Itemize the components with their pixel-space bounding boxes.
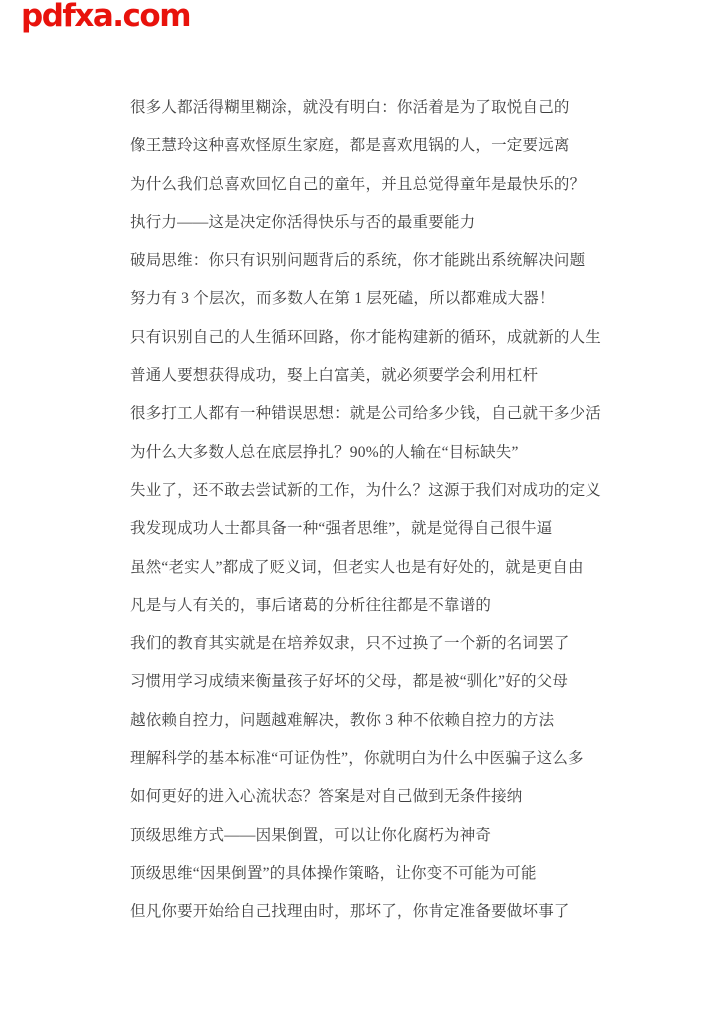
- text-block: 很多人都活得糊里糊涂，就没有明白：你活着是为了取悦自己的像王慧玲这种喜欢怪原生家…: [130, 89, 690, 932]
- text-line: 普通人要想获得成功，娶上白富美，就必须要学会利用杠杆: [130, 357, 690, 395]
- text-line: 凡是与人有关的，事后诸葛的分析往往都是不靠谱的: [130, 587, 690, 625]
- text-line: 虽然“老实人”都成了贬义词，但老实人也是有好处的，就是更自由: [130, 549, 690, 587]
- text-line: 顶级思维“因果倒置”的具体操作策略，让你变不可能为可能: [130, 855, 690, 893]
- document-page: pdfxa.com 很多人都活得糊里糊涂，就没有明白：你活着是为了取悦自己的像王…: [0, 0, 724, 1024]
- text-line: 很多人都活得糊里糊涂，就没有明白：你活着是为了取悦自己的: [130, 89, 690, 127]
- text-line: 失业了，还不敢去尝试新的工作，为什么？这源于我们对成功的定义: [130, 472, 690, 510]
- text-line: 只有识别自己的人生循环回路，你才能构建新的循环，成就新的人生: [130, 319, 690, 357]
- text-line: 努力有 3 个层次，而多数人在第 1 层死磕，所以都难成大器！: [130, 280, 690, 318]
- text-line: 破局思维：你只有识别问题背后的系统，你才能跳出系统解决问题: [130, 242, 690, 280]
- text-line: 为什么大多数人总在底层挣扎？90%的人输在“目标缺失”: [130, 434, 690, 472]
- text-line: 我们的教育其实就是在培养奴隶，只不过换了一个新的名词罢了: [130, 625, 690, 663]
- text-line: 顶级思维方式——因果倒置，可以让你化腐朽为神奇: [130, 817, 690, 855]
- text-line: 为什么我们总喜欢回忆自己的童年，并且总觉得童年是最快乐的？: [130, 166, 690, 204]
- text-line: 很多打工人都有一种错误思想：就是公司给多少钱，自己就干多少活: [130, 395, 690, 433]
- watermark-text: pdfxa.com: [21, 0, 190, 34]
- text-line: 理解科学的基本标准“可证伪性”，你就明白为什么中医骗子这么多: [130, 740, 690, 778]
- text-line: 我发现成功人士都具备一种“强者思维”，就是觉得自己很牛逼: [130, 510, 690, 548]
- text-line: 越依赖自控力，问题越难解决，教你 3 种不依赖自控力的方法: [130, 702, 690, 740]
- text-line: 习惯用学习成绩来衡量孩子好坏的父母，都是被“驯化”好的父母: [130, 663, 690, 701]
- text-line: 像王慧玲这种喜欢怪原生家庭，都是喜欢甩锅的人，一定要远离: [130, 127, 690, 165]
- text-line: 如何更好的进入心流状态？答案是对自己做到无条件接纳: [130, 778, 690, 816]
- text-line: 但凡你要开始给自己找理由时，那坏了，你肯定准备要做坏事了: [130, 893, 690, 931]
- text-line: 执行力——这是决定你活得快乐与否的最重要能力: [130, 204, 690, 242]
